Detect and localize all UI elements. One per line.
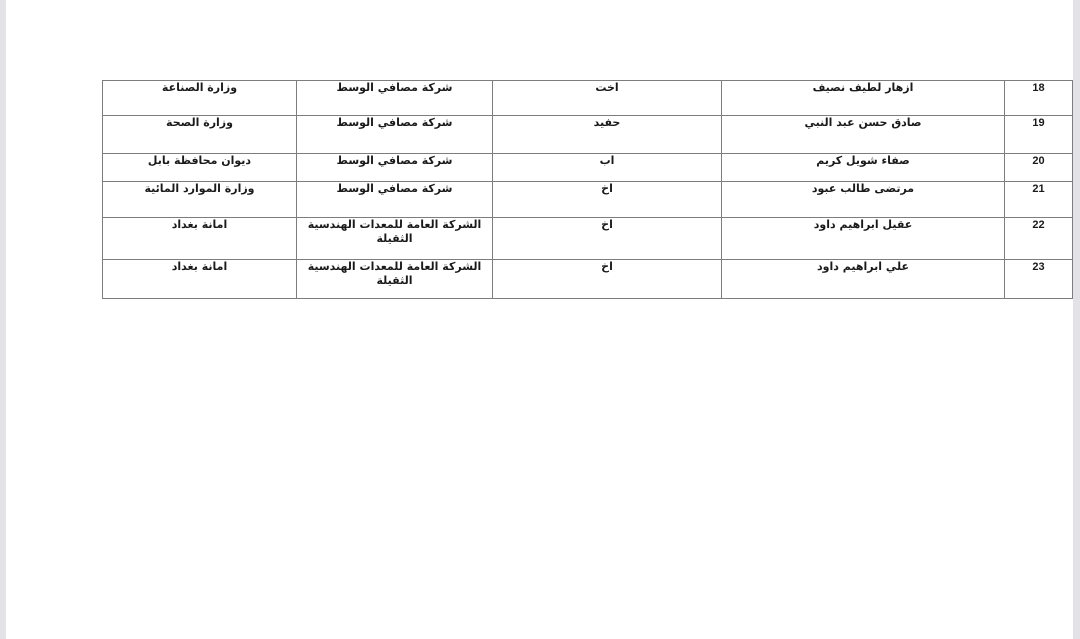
table-row: 18 ازهار لطيف نصيف اخت شركة مصافي الوسط … — [103, 81, 1073, 116]
row-number: 22 — [1005, 218, 1073, 260]
row-number: 21 — [1005, 182, 1073, 218]
company: شركة مصافي الوسط — [297, 182, 493, 218]
ministry: امانة بغداد — [103, 218, 297, 260]
person-name: عقيل ابراهيم داود — [722, 218, 1005, 260]
ministry: ديوان محافظة بابل — [103, 154, 297, 182]
table-row: 20 صفاء شويل كريم اب شركة مصافي الوسط دي… — [103, 154, 1073, 182]
relationship: اخت — [493, 81, 722, 116]
viewer-right-edge — [1073, 0, 1080, 639]
relationship: حفيد — [493, 116, 722, 154]
ministry: وزارة الصحة — [103, 116, 297, 154]
table-row: 23 علي ابراهيم داود اخ الشركة العامة للم… — [103, 260, 1073, 299]
data-table: 18 ازهار لطيف نصيف اخت شركة مصافي الوسط … — [102, 80, 1073, 299]
relationship: اخ — [493, 182, 722, 218]
person-name: صادق حسن عبد النبي — [722, 116, 1005, 154]
company: شركة مصافي الوسط — [297, 154, 493, 182]
table-row: 19 صادق حسن عبد النبي حفيد شركة مصافي ال… — [103, 116, 1073, 154]
person-name: علي ابراهيم داود — [722, 260, 1005, 299]
table-row: 21 مرتضى طالب عبود اخ شركة مصافي الوسط و… — [103, 182, 1073, 218]
relationship: اب — [493, 154, 722, 182]
company: الشركة العامة للمعدات الهندسية الثقيلة — [297, 218, 493, 260]
relationship: اخ — [493, 218, 722, 260]
company: الشركة العامة للمعدات الهندسية الثقيلة — [297, 260, 493, 299]
company: شركة مصافي الوسط — [297, 81, 493, 116]
row-number: 18 — [1005, 81, 1073, 116]
table-row: 22 عقيل ابراهيم داود اخ الشركة العامة لل… — [103, 218, 1073, 260]
person-name: مرتضى طالب عبود — [722, 182, 1005, 218]
ministry: وزارة الصناعة — [103, 81, 297, 116]
company: شركة مصافي الوسط — [297, 116, 493, 154]
person-name: ازهار لطيف نصيف — [722, 81, 1005, 116]
relationship: اخ — [493, 260, 722, 299]
ministry: وزارة الموارد المائية — [103, 182, 297, 218]
row-number: 23 — [1005, 260, 1073, 299]
row-number: 20 — [1005, 154, 1073, 182]
document-page: 18 ازهار لطيف نصيف اخت شركة مصافي الوسط … — [6, 0, 1073, 639]
person-name: صفاء شويل كريم — [722, 154, 1005, 182]
row-number: 19 — [1005, 116, 1073, 154]
ministry: امانة بغداد — [103, 260, 297, 299]
